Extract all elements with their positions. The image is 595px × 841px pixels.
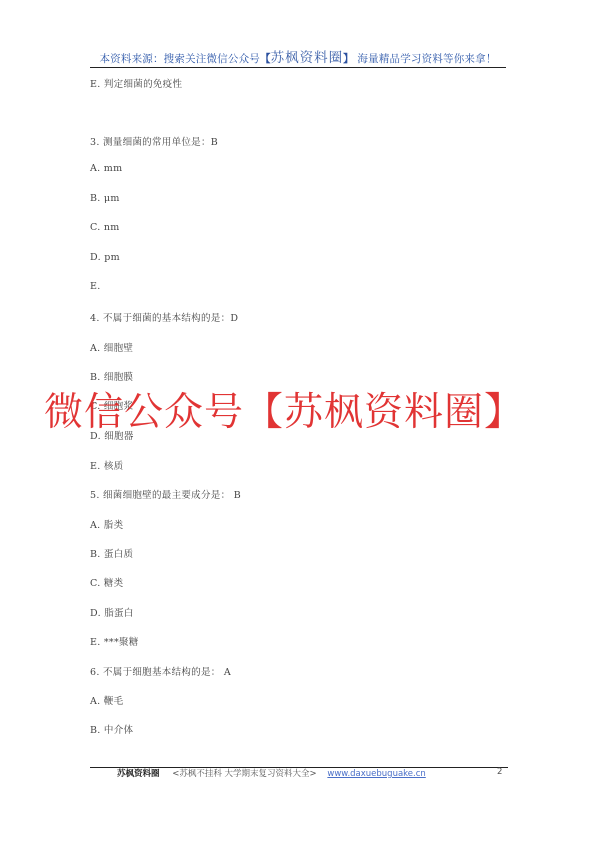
option-line: B. μm (90, 193, 120, 204)
option-line: B. 细胞膜 (90, 369, 133, 383)
footer-url-link[interactable]: www.daxuebuguake.cn (327, 769, 425, 779)
option-line: D. 脂蛋白 (90, 605, 134, 619)
option-line: E. 判定细菌的免疫性 (90, 76, 182, 90)
header-prefix: 本资料来源：搜索关注微信公众号 (99, 53, 260, 65)
option-line: A. mm (90, 163, 122, 174)
option-line: A. 鞭毛 (90, 693, 123, 707)
option-line: B. 蛋白质 (90, 546, 133, 560)
option-line: D. pm (90, 252, 120, 263)
option-line: E. 核质 (90, 458, 123, 472)
option-line: A. 脂类 (90, 517, 123, 531)
footer-brand: 苏枫资料圈 (117, 769, 160, 779)
question-line: 4. 不属于细菌的基本结构的是：D (90, 310, 238, 324)
watermark-text: 微信公众号【苏枫资料圈】 (44, 393, 524, 432)
question-line: 6. 不属于细胞基本结构的是： A (90, 664, 231, 678)
header-brand: 苏枫资料圈 (271, 50, 344, 66)
header-divider (90, 67, 506, 68)
header-bracket-close: 】 (343, 53, 354, 65)
question-line: 5. 细菌细胞壁的最主要成分是： B (90, 487, 241, 501)
page-number: 2 (497, 767, 502, 777)
option-line: C. 糖类 (90, 575, 123, 589)
page-footer: 苏枫资料圈 <苏枫不挂科 大学期末复习资料大全> www.daxuebuguak… (117, 767, 426, 779)
header-suffix: 海量精品学习资料等你来拿！ (357, 53, 496, 65)
option-line: A. 细胞壁 (90, 340, 133, 354)
option-line: B. 中介体 (90, 722, 133, 736)
option-line: C. nm (90, 222, 120, 233)
page-header: 本资料来源：搜索关注微信公众号【苏枫资料圈】 海量精品学习资料等你来拿！ (90, 46, 506, 66)
footer-slogan: <苏枫不挂科 大学期末复习资料大全> (172, 769, 316, 779)
header-bracket-open: 【 (260, 53, 271, 65)
option-line: E. (90, 281, 101, 292)
option-line: E. ***聚糖 (90, 634, 139, 648)
question-line: 3. 测量细菌的常用单位是：B (90, 134, 218, 148)
